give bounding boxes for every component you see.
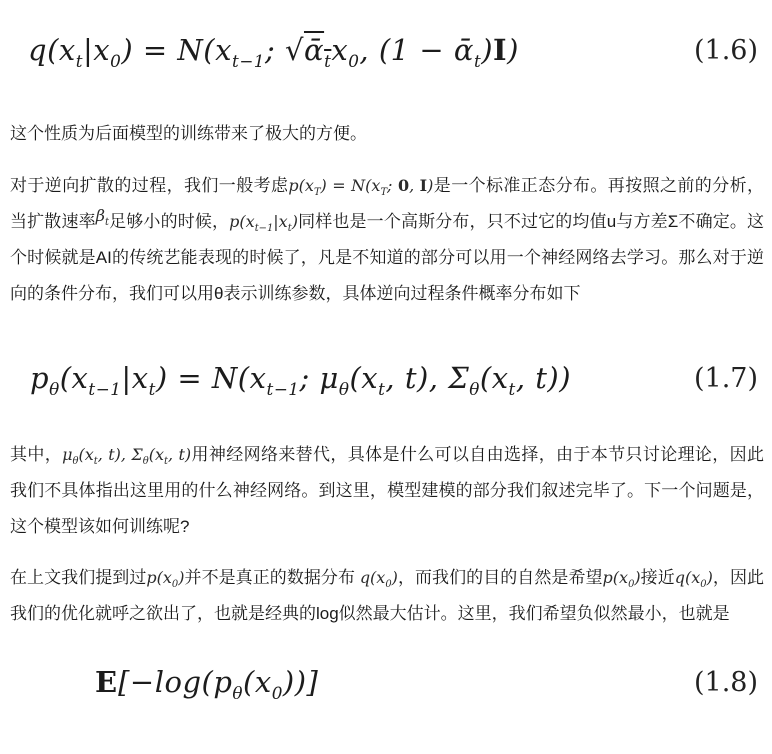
paragraph-neural-network: 其中，μθ(xt, t), Σθ(xt, t)用神经网络来替代，具体是什么可以自… bbox=[10, 437, 764, 545]
equation-1-8-formula: E[−log(pθ(x0))] bbox=[95, 665, 318, 699]
text-run: 其中， bbox=[10, 445, 62, 464]
inline-math: βt bbox=[96, 216, 109, 223]
inline-math: p(xT) = N(xT; 0, I) bbox=[288, 176, 433, 195]
equation-1-7-number: (1.7) bbox=[694, 363, 758, 394]
paragraph-likelihood: 在上文我们提到过p(x0)并不是真正的数据分布 q(x0)，而我们的目的自然是希… bbox=[10, 560, 764, 632]
equation-1-7-formula: pθ(xt−1|xt) = N(xt−1; μθ(xt, t), Σθ(xt, … bbox=[30, 361, 571, 395]
text-run: 对于逆向扩散的过程，我们一般考虑 bbox=[10, 176, 288, 195]
document-page: q(xt|x0) = N(xt−1; √ᾱtx0, (1 − ᾱt)I) (… bbox=[0, 0, 772, 754]
text-run: 这个性质为后面模型的训练带来了极大的方便。 bbox=[10, 124, 367, 143]
inline-math: μθ(xt, t), Σθ(xt, t) bbox=[62, 445, 191, 464]
paragraph-intro: 这个性质为后面模型的训练带来了极大的方便。 bbox=[10, 116, 764, 152]
text-run: 足够小的时候， bbox=[109, 212, 229, 231]
equation-1-8: E[−log(pθ(x0))] (1.8) bbox=[0, 658, 772, 706]
text-run: 接近 bbox=[641, 568, 675, 587]
text-run: 并不是真正的数据分布 bbox=[184, 568, 359, 587]
equation-1-6: q(xt|x0) = N(xt−1; √ᾱtx0, (1 − ᾱt)I) (… bbox=[0, 24, 772, 76]
equation-1-6-number: (1.6) bbox=[694, 35, 758, 66]
paragraph-reverse-diffusion: 对于逆向扩散的过程，我们一般考虑p(xT) = N(xT; 0, I)是一个标准… bbox=[10, 168, 764, 312]
equation-1-7: pθ(xt−1|xt) = N(xt−1; μθ(xt, t), Σθ(xt, … bbox=[0, 354, 772, 402]
text-run: 在上文我们提到过 bbox=[10, 568, 146, 587]
inline-math: p(x0) bbox=[146, 568, 184, 587]
inline-math: q(x0) bbox=[360, 568, 398, 587]
inline-math: q(x0) bbox=[675, 568, 713, 587]
inline-math: p(xt−1|xt) bbox=[229, 212, 298, 231]
text-run: ，而我们的目的自然是希望 bbox=[398, 568, 603, 587]
equation-1-6-formula: q(xt|x0) = N(xt−1; √ᾱtx0, (1 − ᾱt)I) bbox=[28, 33, 519, 67]
equation-1-8-number: (1.8) bbox=[694, 667, 758, 698]
inline-math: p(x0) bbox=[603, 568, 641, 587]
